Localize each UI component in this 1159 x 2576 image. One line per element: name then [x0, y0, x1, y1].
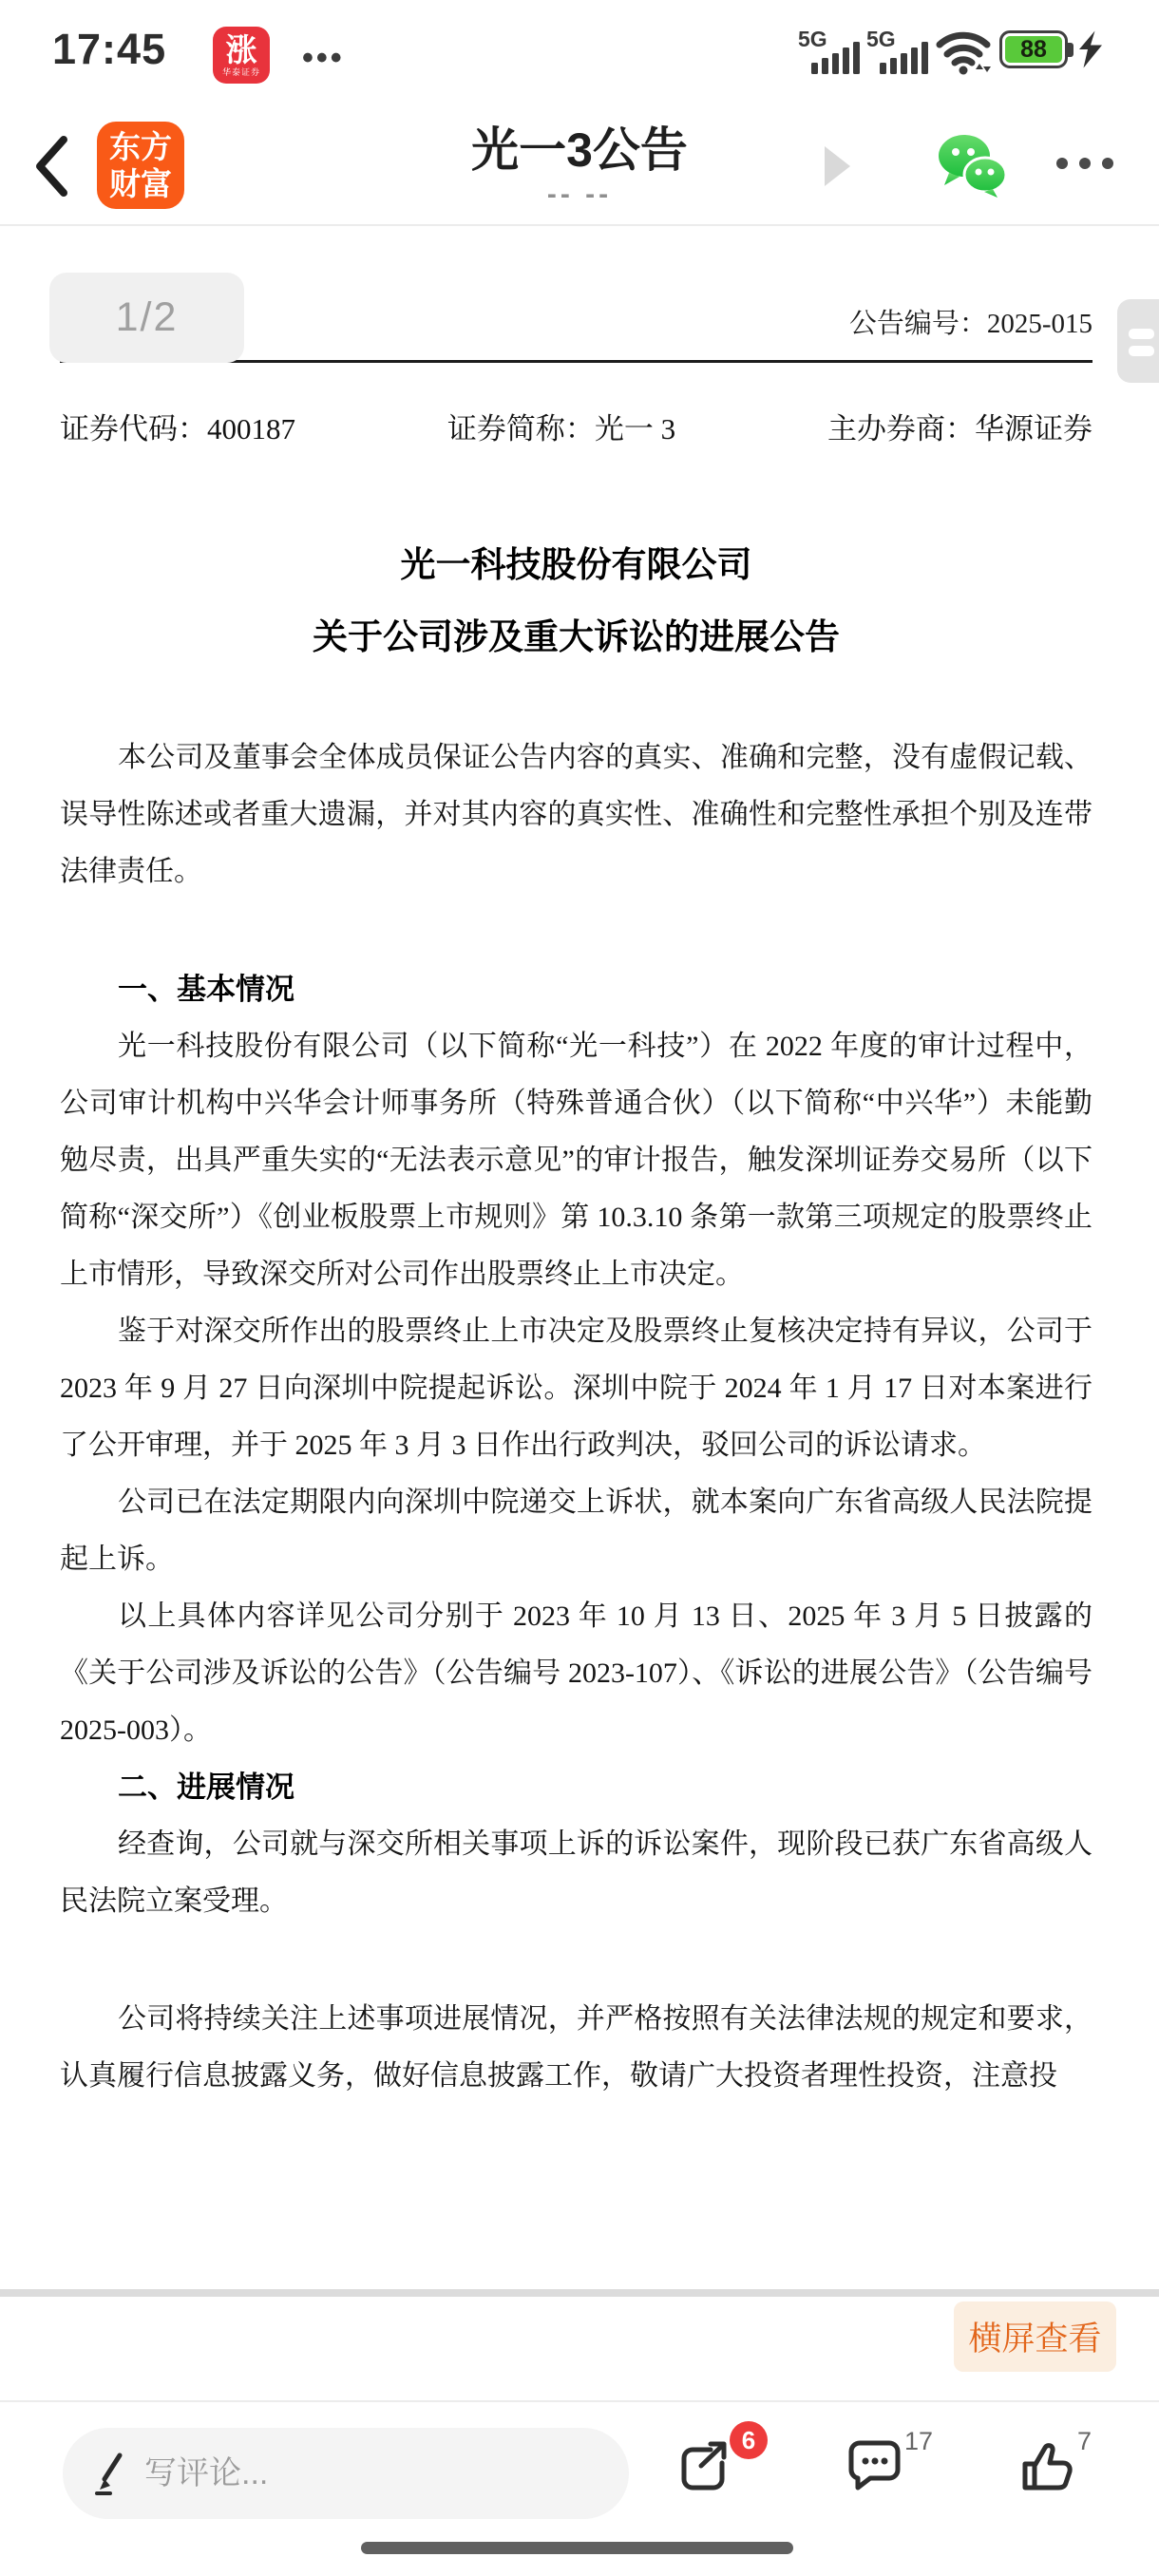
- like-count: 7: [1077, 2427, 1092, 2456]
- announcement-document: 公告编号：2025-015 1/2 证券代码：400187 证券简称：光一 3 …: [0, 226, 1159, 2289]
- stock-abbr: 证券简称：光一 3: [447, 405, 675, 447]
- dot: [1056, 158, 1068, 169]
- section2-heading: 二、进展情况: [60, 1759, 1092, 1816]
- document-title: 关于公司涉及重大诉讼的进展公告: [60, 608, 1092, 659]
- dot: [1079, 158, 1091, 169]
- section1-paragraph-4: 以上具体内容详见公司分别于 2023 年 10 月 13 日、2025 年 3 …: [60, 1588, 1092, 1759]
- battery-nub: [1068, 43, 1073, 57]
- share-button[interactable]: 6: [676, 2402, 790, 2526]
- battery-level: 88: [1005, 36, 1062, 63]
- company-title: 光一科技股份有限公司: [60, 536, 1092, 587]
- section1-heading: 一、基本情况: [60, 961, 1092, 1018]
- disclaimer-paragraph: 本公司及董事会全体成员保证公告内容的真实、准确和完整，没有虚假记载、误导性陈述或…: [60, 729, 1092, 900]
- clock: 17:45: [52, 25, 166, 74]
- more-menu-button[interactable]: [1056, 158, 1113, 169]
- signal-strength-icon-1: 5G: [798, 28, 864, 74]
- thumbs-up-icon: [1018, 2438, 1073, 2493]
- comment-input-pill[interactable]: [63, 2428, 629, 2519]
- wechat-share-button[interactable]: [937, 133, 1009, 198]
- page-indicator: 1/2: [49, 273, 244, 363]
- section1-paragraph-3: 公司已在法定期限内向深圳中院递交上诉状，就本案向广东省高级人民法院提起上诉。: [60, 1474, 1092, 1588]
- section1-paragraph-1: 光一科技股份有限公司（以下简称“光一科技”）在 2022 年度的审计过程中，公司…: [60, 1018, 1092, 1303]
- zhangle-app-icon: 涨 华泰证券: [213, 27, 270, 84]
- share-icon: [676, 2438, 731, 2495]
- signal-bars-icon: [880, 42, 931, 74]
- comment-count: 17: [904, 2427, 933, 2456]
- share-badge: 6: [730, 2421, 768, 2459]
- comment-bubble-icon: [845, 2438, 902, 2491]
- stock-code: 证券代码：400187: [60, 405, 295, 447]
- charging-bolt-icon: [1079, 30, 1102, 68]
- home-indicator[interactable]: [361, 2542, 793, 2554]
- wifi-icon: [936, 30, 993, 76]
- comments-button[interactable]: 17: [845, 2402, 950, 2526]
- section1-paragraph-2: 鉴于对深交所作出的股票终止上市决定及股票终止复核决定持有异议，公司于 2023 …: [60, 1303, 1092, 1474]
- section2-paragraph-1: 经查询，公司就与深交所相关事项上诉的诉讼案件，现阶段已获广东省高级人民法院立案受…: [60, 1816, 1092, 1930]
- like-button[interactable]: 7: [1018, 2402, 1113, 2526]
- scroll-handle[interactable]: [1117, 299, 1159, 383]
- section2-paragraph-2: 公司将持续关注上述事项进展情况，并严格按照有关法律法规的规定和要求，认真履行信息…: [60, 1991, 1092, 2105]
- app-screen: 17:45 涨 华泰证券 ••• 5G 5G: [0, 0, 1159, 2576]
- landscape-view-button[interactable]: 横屏查看: [954, 2301, 1116, 2372]
- notification-dots-icon: •••: [302, 40, 345, 77]
- document-body: 本公司及董事会全体成员保证公告内容的真实、准确和完整，没有虚假记载、误导性陈述或…: [60, 729, 1092, 2105]
- battery-icon: 88: [999, 30, 1068, 68]
- sponsor-broker: 主办券商：华源证券: [827, 405, 1092, 447]
- document-end-divider: [0, 2289, 1159, 2297]
- signal-bars-icon: [811, 42, 863, 74]
- pencil-icon: [91, 2451, 127, 2496]
- nav-header: 东方 财富 光一3公告 -- --: [0, 104, 1159, 226]
- dot: [1102, 158, 1113, 169]
- comment-input[interactable]: [144, 2455, 562, 2492]
- status-bar: 17:45 涨 华泰证券 ••• 5G 5G: [0, 0, 1159, 104]
- security-info-row: 证券代码：400187 证券简称：光一 3 主办券商：华源证券: [60, 405, 1092, 447]
- signal-strength-icon-2: 5G: [866, 28, 933, 74]
